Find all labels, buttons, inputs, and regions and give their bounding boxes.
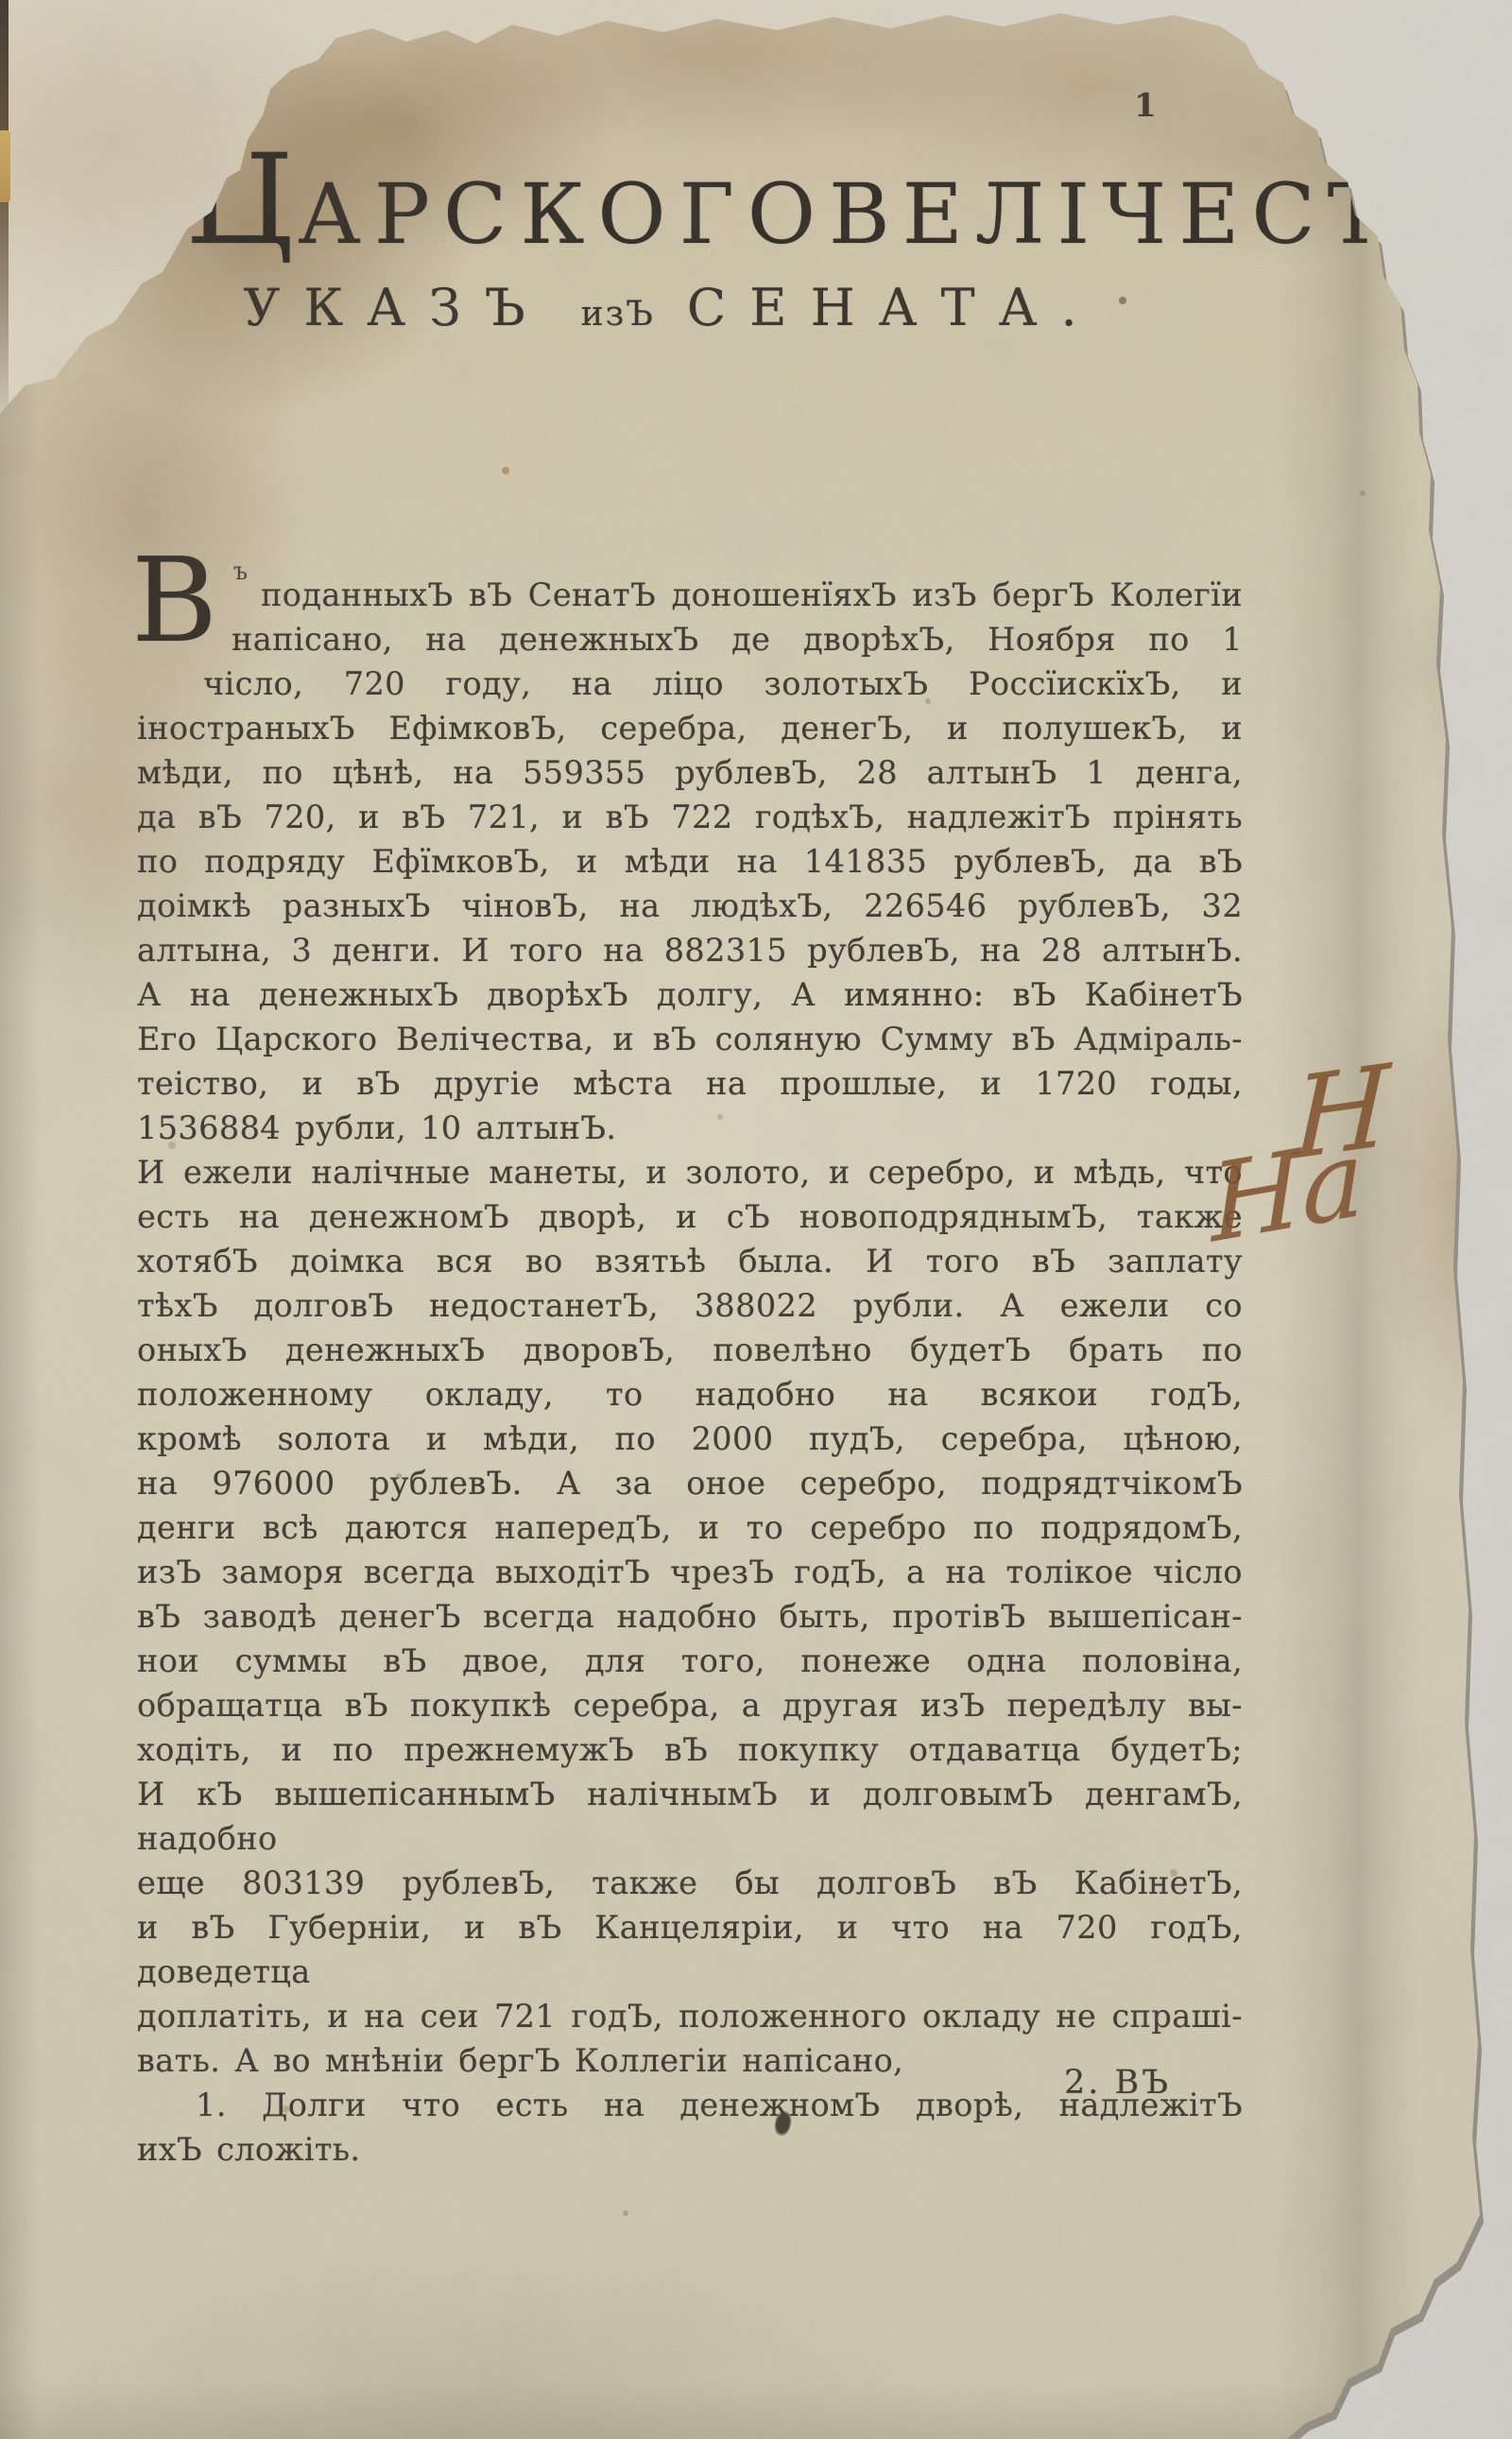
body-line: доімкѣ разныхЪ чіновЪ, на людѣхЪ, 226546…: [137, 884, 1243, 928]
body-line: И кЪ вышепісаннымЪ налічнымЪ и долговымЪ…: [137, 1772, 1243, 1861]
body-line: іностраныхЪ ЕфімковЪ, серебра, денегЪ, и…: [137, 706, 1243, 750]
drop-cap: В: [131, 542, 217, 660]
body-line: оныхЪ денежныхЪ дворовЪ, повелѣно будетЪ…: [137, 1328, 1243, 1372]
subtitle-word-3: СЕНАТА.: [687, 278, 1101, 337]
binding-fragment: [0, 130, 10, 202]
body-line: ходіть, и по прежнемужЪ вЪ покупку отдав…: [137, 1727, 1243, 1772]
body-line: хотябЪ доімка вся во взятьѣ была. И того…: [137, 1239, 1243, 1283]
body-line: еще 803139 рублевЪ, также бы долговЪ вЪ …: [137, 1861, 1243, 1905]
body-line: ЪподанныхЪ вЪ СенатЪ доношенїяхЪ изЪ бер…: [137, 552, 1243, 617]
body-line: да вЪ 720, и вЪ 721, и вЪ 722 годѣхЪ, на…: [137, 795, 1243, 839]
body-line: на 976000 рублевЪ. А за оное серебро, по…: [137, 1461, 1243, 1505]
body-line: доплатіть, и на сеи 721 годЪ, положенног…: [137, 1994, 1243, 2038]
body-line: кромѣ ѕолота и мѣди, по 2000 пудЪ, сереб…: [137, 1417, 1243, 1461]
document-subtitle: УКАЗЪ изЪ СЕНАТА.: [263, 278, 1081, 337]
body-line: ихЪ сложіть.: [137, 2127, 1243, 2172]
body-line: 1536884 рубли, 10 алтынЪ.: [137, 1106, 1243, 1150]
body-line-text: поданныхЪ вЪ СенатЪ доношенїяхЪ изЪ берг…: [261, 576, 1243, 613]
body-line: теіство, и вЪ другіе мѣста на прошлые, и…: [137, 1061, 1243, 1106]
drop-cap-hard-sign: Ъ: [233, 564, 248, 584]
body-text: В ЪподанныхЪ вЪ СенатЪ доношенїяхЪ изЪ б…: [137, 552, 1243, 2172]
body-line: обращатца вЪ покупкѣ серебра, а другая и…: [137, 1683, 1243, 1727]
document-title: ЦАРСКОГО ВЕЛІЧЕСТВА: [185, 138, 1140, 263]
body-line: изЪ заморя всегда выходітЪ чрезЪ годЪ, а…: [137, 1550, 1243, 1594]
body-line: мѣди, по цѣнѣ, на 559355 рублевЪ, 28 алт…: [137, 750, 1243, 795]
subtitle-word-2: изЪ: [581, 295, 655, 334]
body-line: Его Царского Велічества, и вЪ соляную Су…: [137, 1017, 1243, 1061]
body-line: есть на денежномЪ дворѣ, и сЪ новоподряд…: [137, 1194, 1243, 1239]
body-line: и вЪ Губерніи, и вЪ Канцеляріи, и что на…: [137, 1905, 1243, 1994]
page-number: 1: [1134, 87, 1158, 125]
subtitle-word-1: УКАЗЪ: [243, 278, 548, 337]
body-line: И ежели налічные манеты, и золото, и сер…: [137, 1150, 1243, 1194]
body-line: денги всѣ даются напередЪ, и то серебро …: [137, 1505, 1243, 1550]
body-line: чісло, 720 году, на ліцо золотыхЪ Россїи…: [137, 661, 1243, 706]
body-line: по подряду ЕфїмковЪ, и мѣди на 141835 ру…: [137, 839, 1243, 884]
body-line: напісано, на денежныхЪ де дворѣхЪ, Ноябр…: [137, 617, 1243, 661]
body-line: положенному окладу, то надобно на всякои…: [137, 1372, 1243, 1417]
body-line: вЪ заводѣ денегЪ всегда надобно быть, пр…: [137, 1594, 1243, 1639]
body-line: алтына, 3 денги. И того на 882315 рублев…: [137, 928, 1243, 972]
body-line: А на денежныхЪ дворѣхЪ долгу, А имянно: …: [137, 972, 1243, 1017]
gutter-shadow: [0, 0, 9, 444]
body-line: нои суммы вЪ двое, для того, понеже одна…: [137, 1639, 1243, 1683]
catchword: 2. ВЪ: [1064, 2064, 1171, 2102]
title-word-1: АРСКОГО: [298, 165, 829, 263]
body-line: тѣхЪ долговЪ недостанетЪ, 388022 рубли. …: [137, 1283, 1243, 1328]
scanned-decree-page: 1 ЦАРСКОГО ВЕЛІЧЕСТВА УКАЗЪ изЪ СЕНАТА. …: [0, 0, 1512, 2439]
